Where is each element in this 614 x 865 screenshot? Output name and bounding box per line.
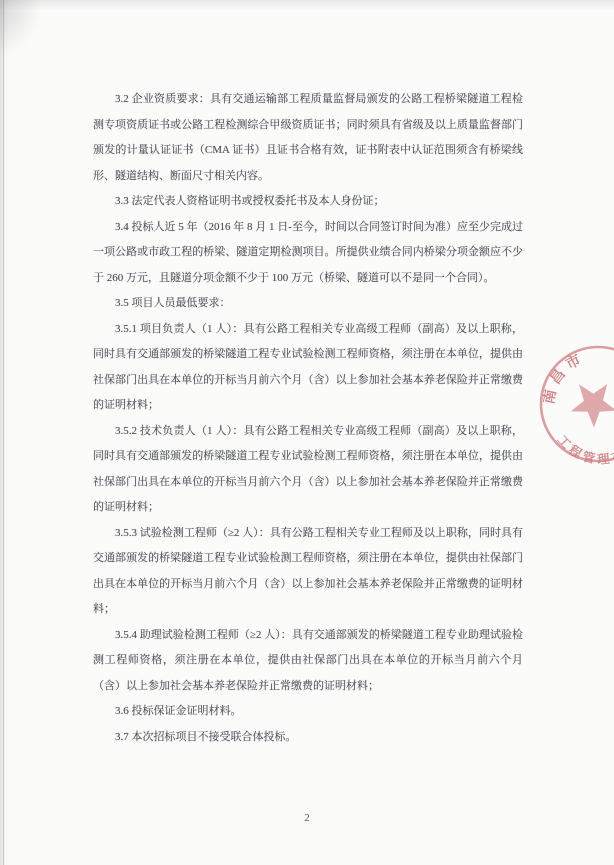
company-seal-stamp: 南昌市 工程管理有限公司 [518,324,614,484]
seal-bottom-text: 工程管理有限公司 [553,399,614,483]
scan-smudge-corner [0,0,46,60]
paragraph: 3.6 投标保证金证明材料。 [93,699,523,725]
scan-shadow-left [0,0,9,865]
paragraph: 3.7 本次招标项目不接受联合体投标。 [93,725,523,751]
seal-ring [524,330,614,478]
scan-line-left [3,0,4,865]
document-body: 3.2 企业资质要求：具有交通运输部工程质量监督局颁发的公路工程桥梁隧道工程检测… [93,87,523,750]
paragraph: 3.5.1 项目负责人（1 人）：具有公路工程相关专业高级工程师（副高）及以上职… [93,317,523,419]
paragraph: 3.5.4 助理试验检测工程师（≥2 人）：具有交通部颁发的桥梁隧道工程专业助理… [93,623,523,700]
paragraph: 3.5 项目人员最低要求： [93,291,523,317]
paragraph: 3.4 投标人近 5 年（2016 年 8 月 1 日-至今，时间以合同签订时间… [93,215,523,292]
paragraph: 3.5.2 技术负责人（1 人）：具有公路工程相关专业高级工程师（副高）及以上职… [93,419,523,521]
seal-top-text: 南昌市 [526,347,598,411]
scan-shadow-top [0,0,614,10]
paragraph: 3.3 法定代表人资格证明书或授权委托书及本人身份证； [93,189,523,215]
page-number: 2 [0,812,614,824]
star-icon [563,375,614,434]
paragraph: 3.5.3 试验检测工程师（≥2 人）：具有公路工程相关专业工程师及以上职称，同… [93,521,523,623]
scanned-page: 3.2 企业资质要求：具有交通运输部工程质量监督局颁发的公路工程桥梁隧道工程检测… [0,0,614,865]
paragraph: 3.2 企业资质要求：具有交通运输部工程质量监督局颁发的公路工程桥梁隧道工程检测… [93,87,523,189]
